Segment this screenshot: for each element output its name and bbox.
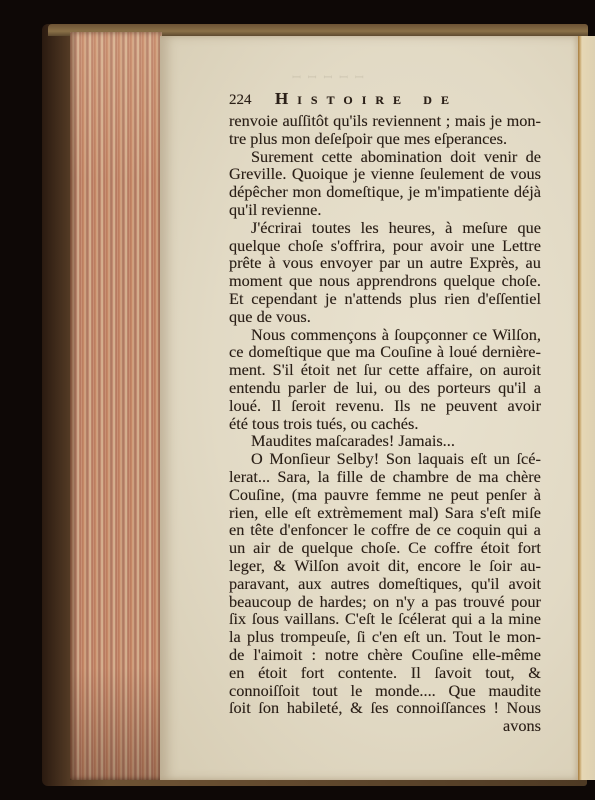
word: Lettre (502, 237, 541, 255)
text-line: ſixſousvaillans.C'eſtleſcéleratquialamin… (229, 610, 541, 628)
word: a (534, 521, 541, 539)
word: la (229, 628, 241, 646)
line-text: tre plus mon deſeſpoir que mes eſperance… (229, 130, 507, 148)
word: on (373, 593, 389, 611)
word: Nous (507, 699, 541, 717)
word: tout (312, 682, 337, 700)
word: ou (385, 379, 401, 397)
word: ma (355, 343, 375, 361)
text-line: Etcependantjen'attendsplusriend'eſſentie… (229, 290, 541, 308)
word: rien, (229, 504, 258, 522)
word: des (408, 379, 430, 397)
word: je (325, 290, 337, 308)
word: mal) (409, 504, 439, 522)
text-line: ſoitſonhabileté,&ſesconnoiſſances!Nous (229, 699, 541, 717)
word: Sara (445, 504, 474, 522)
word: en (229, 521, 244, 539)
catchword: avons (229, 717, 541, 735)
word: ſeulement (420, 165, 484, 183)
word: maudite (489, 682, 541, 700)
text-line: que de vous. (229, 308, 541, 326)
word: s'offrira, (331, 237, 386, 255)
word: habileté, (287, 699, 343, 717)
line-text: qu'il revienne. (229, 201, 321, 219)
word: Exprès, (469, 254, 518, 272)
word: je (490, 112, 502, 130)
word: net (337, 361, 357, 379)
word: de (229, 646, 244, 664)
word: coffre (371, 521, 410, 539)
word: loué. (229, 397, 261, 415)
word: qu'ils (333, 112, 368, 130)
word: au- (520, 557, 541, 575)
word: je (354, 165, 366, 183)
word: notre (325, 646, 358, 664)
word: prête (229, 254, 262, 272)
word: un. (426, 628, 446, 646)
word: contente. (338, 664, 397, 682)
word: Et (229, 290, 243, 308)
word: avoit (508, 575, 541, 593)
word: penſer (486, 486, 527, 504)
word: qui (452, 610, 473, 628)
word: Couſine (412, 646, 464, 664)
word: vaillans. (285, 610, 340, 628)
text-line: cedomeſtiquequemaCouſineàlouédernière- (229, 343, 541, 361)
word: autres (331, 575, 370, 593)
word: de (333, 379, 348, 397)
word: domeſtique (248, 343, 321, 361)
word: peuvent (446, 397, 498, 415)
text-line: connoiſſoittoutlemonde....Quemaudite (229, 682, 541, 700)
word: d'enfoncer (280, 521, 348, 539)
word: déjà (514, 183, 541, 201)
running-head: 224 Histoire de (229, 90, 541, 112)
word: chambre (393, 468, 449, 486)
word: trouvé (463, 593, 505, 611)
text-line: beaucoupdehardes;onn'yapastrouvépour (229, 593, 541, 611)
word: fort (517, 539, 541, 557)
word: pour (511, 593, 541, 611)
word: mon (293, 183, 322, 201)
word: avoir (508, 397, 541, 415)
text-line: NouscommençonsàſoupçonnerceWilſon, (229, 326, 541, 344)
word: Ce (408, 539, 426, 557)
word: au (526, 254, 541, 272)
word: Greville. (229, 165, 286, 183)
word: & (528, 664, 541, 682)
word: fille (337, 468, 363, 486)
word: que (327, 343, 351, 361)
text-line: loué.Ilſeroitrevenu.Ilsnepeuventavoir (229, 397, 541, 415)
word: envoyer (320, 254, 372, 272)
text-line: entêted'enfoncerlecoffredececoquinquia (229, 521, 541, 539)
text-line: prêteàvousenvoyerparunautreExprès,au (229, 254, 541, 272)
word: l'aimoit (253, 646, 302, 664)
word: ſous (252, 610, 279, 628)
text-line: lerat...Sara,lafilledechambredemachère (229, 468, 541, 486)
word: & (350, 699, 363, 717)
word: m'impatiente (425, 183, 509, 201)
word: a (478, 610, 485, 628)
word: fort (301, 664, 325, 682)
word: trompeuſe, (280, 628, 350, 646)
word: de (298, 593, 313, 611)
word: revenu. (336, 397, 384, 415)
word: Son (386, 450, 411, 468)
word: cette (389, 361, 420, 379)
line-text: Maudites maſcarades! Jamais... (251, 432, 455, 450)
word: mon- (507, 112, 541, 130)
word: connoiſſoit (229, 682, 300, 700)
word: vienne (371, 165, 414, 183)
word: ſi (357, 628, 366, 646)
word: ne (420, 397, 435, 415)
word: eſt (295, 504, 311, 522)
text-line: qu'il revienne. (229, 201, 541, 219)
word: reviennent (372, 112, 441, 130)
word: pas (435, 593, 457, 611)
word: paravant, (229, 575, 289, 593)
word: à (445, 219, 452, 237)
text-line: Couſine,(mapauvrefemmenepeutpenſerà (229, 486, 541, 504)
word: coquin (457, 521, 501, 539)
text-line: del'aimoit:notrechèreCouſineelle-même (229, 646, 541, 664)
word: avoir (430, 237, 463, 255)
line-text: été tous trois tués, ou cachés. (229, 415, 418, 433)
text-line: enétoitfortcontente.Ilſavoittout,& (229, 664, 541, 682)
word: ſes (371, 699, 389, 717)
word: qu'il (471, 575, 499, 593)
word: quelque (444, 272, 496, 290)
word: Il (271, 397, 281, 415)
word: ce (437, 521, 451, 539)
word: chère (367, 646, 402, 664)
word: le (469, 557, 481, 575)
word: ſoir (489, 557, 512, 575)
word: dépêcher (229, 183, 288, 201)
word: que (517, 219, 541, 237)
word: porteurs (437, 379, 490, 397)
word: une (471, 237, 495, 255)
word: ment. (229, 361, 266, 379)
word: étoit (481, 539, 510, 557)
word: d'eſſentiel (477, 290, 541, 308)
word: Couſine, (229, 486, 285, 504)
word: on (480, 361, 496, 379)
word: plus (409, 290, 436, 308)
word: cependant (251, 290, 317, 308)
word: encore (418, 557, 461, 575)
word: choſe. (361, 539, 400, 557)
page-number: 224 (229, 92, 275, 110)
word: Nous (251, 326, 285, 344)
word: qui (507, 521, 528, 539)
word: tête (250, 521, 274, 539)
word: ſoupçonner (394, 326, 467, 344)
word: chère (506, 468, 541, 486)
word: ſur (364, 361, 382, 379)
word: leger, (229, 557, 265, 575)
word: entendu (229, 379, 281, 397)
word: femme (376, 486, 421, 504)
word: ne (428, 486, 443, 504)
word: plus (247, 628, 274, 646)
word: domeſtiques, (379, 575, 463, 593)
page-text: 224 Histoire de renvoieauſſitôtqu'ilsrev… (229, 90, 541, 735)
word: le (351, 682, 363, 700)
word: en (229, 664, 244, 682)
word: loué (449, 343, 477, 361)
word: pauvre (324, 486, 368, 504)
word: autre (430, 254, 463, 272)
word: Ils (394, 397, 410, 415)
text-line: laplustrompeuſe,ſic'eneſtun.Toutlemon- (229, 628, 541, 646)
word: à (437, 343, 444, 361)
word: peut (451, 486, 479, 504)
word: avoit (347, 557, 380, 575)
word: J'écrirai (251, 219, 302, 237)
word: abomination (361, 148, 442, 166)
word: qu'il (498, 379, 526, 397)
word: un (407, 254, 423, 272)
word: Monſieur (269, 450, 330, 468)
word: ſix (229, 610, 246, 628)
word: coffre (434, 539, 473, 557)
word: ſeroit (291, 397, 325, 415)
word: O (251, 450, 263, 468)
word: un (494, 450, 510, 468)
word: monde.... (375, 682, 436, 700)
word: aux (298, 575, 322, 593)
word: par (379, 254, 400, 272)
word: Il (411, 664, 421, 682)
text-line: Surementcetteabominationdoitvenirde (229, 148, 541, 166)
word: ſoit (229, 699, 251, 717)
text-line: leger,&Wilſonavoitdit,encoreleſoirau- (229, 557, 541, 575)
text-line: ment.S'ilétoitnetſurcetteaffaire,onauroi… (229, 361, 541, 379)
word: dernière- (482, 343, 541, 361)
word: la (318, 468, 330, 486)
text-line: J'écriraitouteslesheures,àmeſureque (229, 219, 541, 237)
word: extrèmement (317, 504, 402, 522)
word: lui, (356, 379, 377, 397)
word: cette (322, 148, 353, 166)
text-line: unairdequelquechoſe.Cecoffreétoitfort (229, 539, 541, 557)
word: vous (510, 165, 541, 183)
word: Quoique (292, 165, 348, 183)
word: C'eſt (345, 610, 375, 628)
word: rien (444, 290, 469, 308)
word: ce (473, 326, 487, 344)
text-line: renvoieauſſitôtqu'ilsreviennent;maisjemo… (229, 112, 541, 130)
word: doit (450, 148, 475, 166)
word: quelque (302, 539, 354, 557)
word: Tout (453, 628, 483, 646)
word: heures, (389, 219, 436, 237)
word: : (311, 646, 316, 664)
page-edges-stack (70, 32, 162, 780)
word: Sara, (277, 468, 310, 486)
word: à (382, 326, 389, 344)
word: connoiſſances (396, 699, 486, 717)
word: de (415, 521, 430, 539)
word: Surement (251, 148, 313, 166)
word: mon- (507, 628, 541, 646)
word: & (273, 557, 286, 575)
word: elle-même (472, 646, 541, 664)
word: ma (479, 468, 499, 486)
word: choſe (288, 237, 323, 255)
word: le (353, 521, 365, 539)
word: air (253, 539, 270, 557)
word: que (289, 272, 313, 290)
word: c'en (372, 628, 398, 646)
word: apprendrons (356, 272, 436, 290)
word: de (489, 165, 504, 183)
word: eſt (404, 628, 420, 646)
word: S'il (273, 361, 294, 379)
word: de (456, 468, 471, 486)
word: beaucoup (229, 593, 291, 611)
word: (ma (292, 486, 317, 504)
word: affaire, (426, 361, 472, 379)
word: le (489, 628, 501, 646)
word: étoit (301, 361, 330, 379)
text-line: Greville.Quoiquejevienneſeulementdevous (229, 165, 541, 183)
word: ſon (258, 699, 279, 717)
text-line: rien,elleeſtextrèmementmal)Saras'eſtmiſe (229, 504, 541, 522)
word: pour (393, 237, 423, 255)
word: auroit (503, 361, 541, 379)
text-line: momentquenousapprendronsquelquechoſe. (229, 272, 541, 290)
word: renvoie (229, 112, 278, 130)
word: ! (493, 699, 498, 717)
word: venir (484, 148, 517, 166)
word: s'eſt (480, 504, 506, 522)
word: un (229, 539, 245, 557)
word: de (278, 539, 293, 557)
text-line: tre plus mon deſeſpoir que mes eſperance… (229, 130, 541, 148)
word: mais (455, 112, 486, 130)
text-line: été tous trois tués, ou cachés. (229, 415, 541, 433)
word: étoit (258, 664, 287, 682)
word: a (534, 379, 541, 397)
word: de (526, 148, 541, 166)
text-line: dépêchermondomeſtique,jem'impatientedéjà (229, 183, 541, 201)
word: vous (282, 254, 313, 272)
text-line: quelquechoſes'offrira,pouravoiruneLettre (229, 237, 541, 255)
word: moment (229, 272, 282, 290)
word: domeſtique, (326, 183, 403, 201)
word: ſcé- (517, 450, 541, 468)
word: Wilſon (294, 557, 339, 575)
word: hardes; (320, 593, 367, 611)
word: la (491, 610, 503, 628)
word: ſavoit (434, 664, 471, 682)
word: les (361, 219, 379, 237)
word: quelque (229, 237, 281, 255)
word: à (268, 254, 275, 272)
word: choſe. (502, 272, 541, 290)
word: je (408, 183, 420, 201)
word: parler (288, 379, 326, 397)
text-line: entenduparlerdelui,oudesporteursqu'ila (229, 379, 541, 397)
word: laquais (418, 450, 464, 468)
word: a (421, 593, 428, 611)
word: mine (508, 610, 541, 628)
word: à (534, 486, 541, 504)
word: nous (319, 272, 350, 290)
word: n'attends (345, 290, 402, 308)
word: Couſine (380, 343, 432, 361)
word: miſe (512, 504, 541, 522)
text-lines: renvoieauſſitôtqu'ilsreviennent;maisjemo… (229, 112, 541, 717)
word: elle (265, 504, 289, 522)
text-line: paravant,auxautresdomeſtiques,qu'ilavoit (229, 575, 541, 593)
word: Wilſon, (492, 326, 541, 344)
bleed-through-texture: ꟷ ꟷ ꟷ ꟷ ꟷ (290, 70, 364, 85)
word: ſcélerat (398, 610, 446, 628)
word: dit, (388, 557, 409, 575)
word: de (370, 468, 385, 486)
line-text: que de vous. (229, 308, 311, 326)
word: auſſitôt (282, 112, 328, 130)
word: lerat... (229, 468, 270, 486)
word: ; (446, 112, 451, 130)
word: Que (449, 682, 476, 700)
word: Selby! (337, 450, 380, 468)
word: ce (229, 343, 243, 361)
word: tout, (485, 664, 514, 682)
word: toutes (312, 219, 351, 237)
facing-page-edge (578, 36, 595, 780)
word: n'y (396, 593, 415, 611)
running-title: Histoire de (275, 90, 458, 108)
word: eſt (471, 450, 487, 468)
text-line: OMonſieurSelby!Sonlaquaiseſtunſcé- (229, 450, 541, 468)
text-line: Maudites maſcarades! Jamais... (229, 432, 541, 450)
word: commençons (291, 326, 377, 344)
word: meſure (462, 219, 507, 237)
word: le (381, 610, 393, 628)
